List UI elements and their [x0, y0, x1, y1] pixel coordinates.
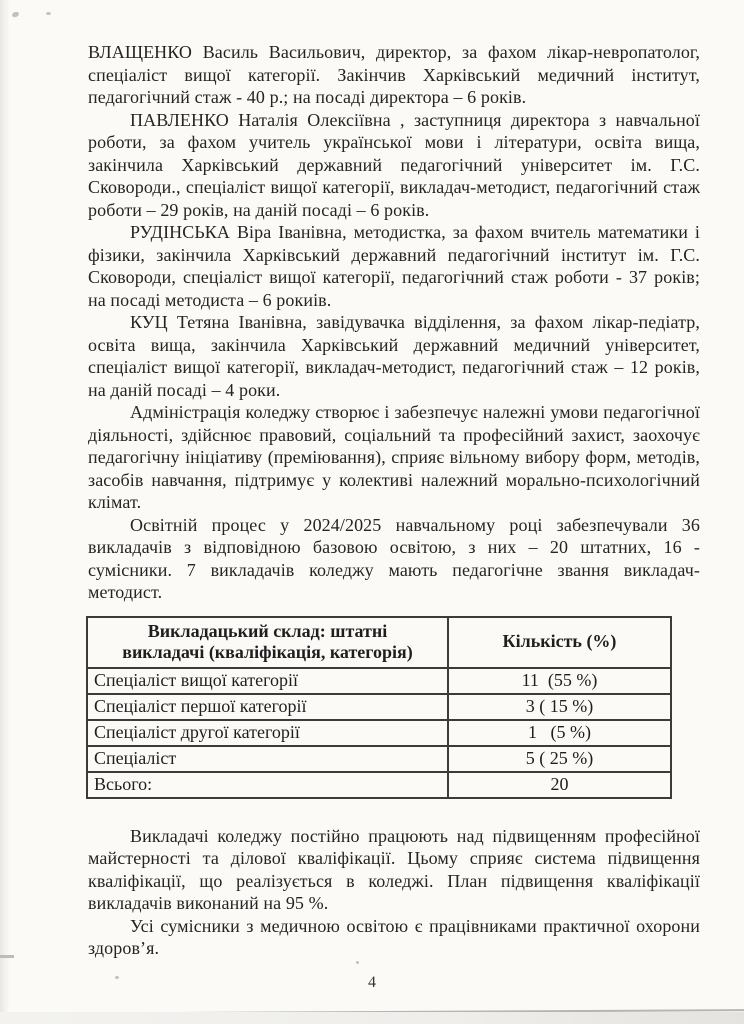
- table-row: Спеціаліст вищої категорії 11 (55 %): [87, 668, 671, 694]
- page-number: 4: [0, 974, 744, 992]
- paragraph-pavlenko: ПАВЛЕНКО Наталія Олексіївна , заступниця…: [88, 109, 700, 222]
- table-row: Спеціаліст другої категорії 1 (5 %): [87, 720, 671, 746]
- paragraph-kuts: КУЦ Тетяна Іванівна, завідувачка відділе…: [88, 311, 700, 401]
- scan-speck: [11, 11, 19, 18]
- paragraph-vlashchenko: ВЛАЩЕНКО Василь Васильович, директор, за…: [88, 41, 700, 109]
- paragraph-part-time-staff: Усі сумісники з медичною освітою є праці…: [88, 915, 700, 960]
- scan-left-edge-shadow: [0, 0, 9, 1013]
- cell-category: Спеціаліст: [87, 746, 448, 772]
- table-row: Спеціаліст першої категорії 3 ( 15 %): [87, 694, 671, 720]
- table-row: Спеціаліст 5 ( 25 %): [87, 746, 671, 772]
- staff-qualification-table: Викладацький склад: штатні викладачі (кв…: [86, 616, 672, 799]
- cell-count: 5 ( 25 %): [448, 746, 671, 772]
- paragraph-administration: Адміністрація коледжу створює і забезпеч…: [88, 401, 700, 514]
- cell-category: Спеціаліст другої категорії: [87, 720, 448, 746]
- paragraph-educational-process: Освітній процес у 2024/2025 навчальному …: [88, 514, 700, 604]
- table-header-quantity: Кількість (%): [448, 617, 671, 668]
- paragraph-qualification-improvement: Викладачі коледжу постійно працюють над …: [88, 825, 700, 915]
- cell-count: 11 (55 %): [448, 668, 671, 694]
- cell-count: 1 (5 %): [448, 720, 671, 746]
- table-header-staff-composition: Викладацький склад: штатні викладачі (кв…: [87, 617, 448, 668]
- scanned-page: ВЛАЩЕНКО Василь Васильович, директор, за…: [0, 0, 744, 1024]
- scan-bottom-shadow: [0, 1012, 744, 1024]
- scan-speck: [356, 961, 359, 964]
- scan-speck: [46, 12, 51, 15]
- cell-total-label: Всього:: [87, 772, 448, 798]
- scan-edge-mark: [0, 955, 14, 958]
- document-body: ВЛАЩЕНКО Василь Васильович, директор, за…: [88, 41, 700, 960]
- table-row-total: Всього: 20: [87, 772, 671, 798]
- table-header-row: Викладацький склад: штатні викладачі (кв…: [87, 617, 671, 668]
- cell-total-count: 20: [448, 772, 671, 798]
- cell-category: Спеціаліст вищої категорії: [87, 668, 448, 694]
- cell-category: Спеціаліст першої категорії: [87, 694, 448, 720]
- paragraph-rudinska: РУДІНСЬКА Віра Іванівна, методистка, за …: [88, 221, 700, 311]
- cell-count: 3 ( 15 %): [448, 694, 671, 720]
